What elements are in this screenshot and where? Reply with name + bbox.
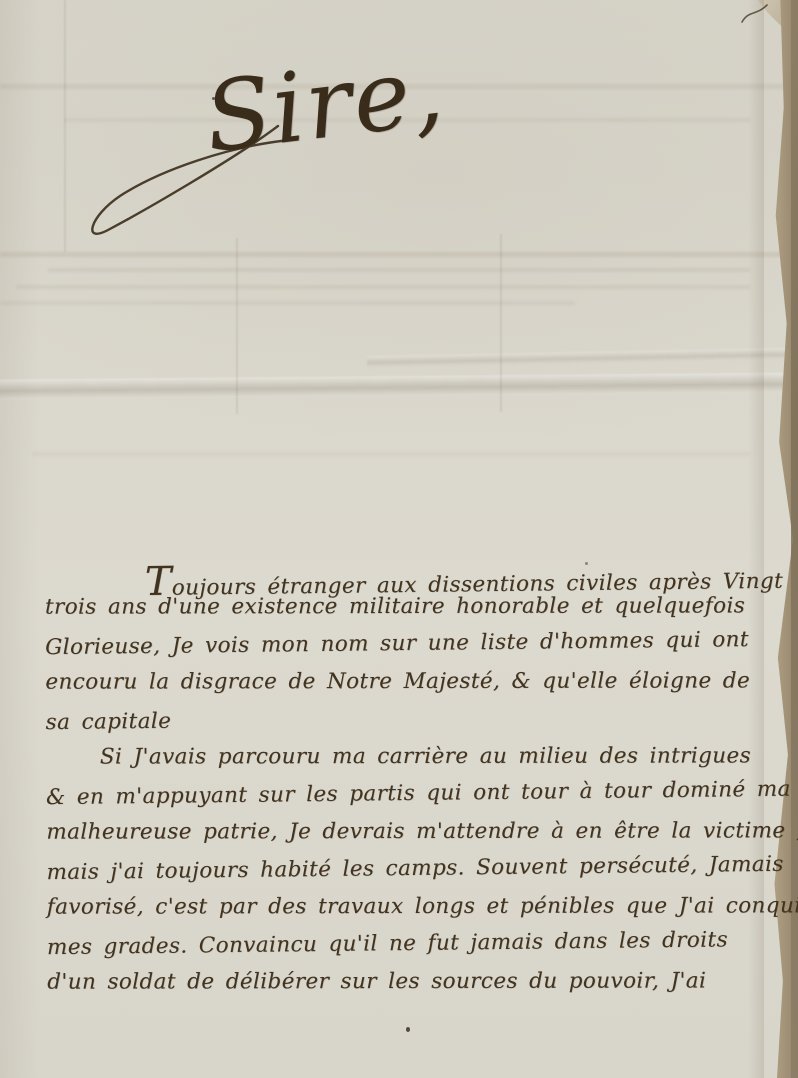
manuscript-line: encouru la disgrace de Notre Majesté, & … [45, 668, 769, 707]
corner-ink-mark [740, 2, 770, 26]
manuscript-line: mes grades. Convaincu qu'il ne fut jamai… [47, 927, 771, 973]
vertical-crease [500, 234, 502, 412]
manuscript-line: favorisé, c'est par des travaux longs et… [47, 893, 771, 932]
salutation: Sire, [199, 34, 451, 174]
manuscript-line: trois ans d'une existence militaire hono… [45, 593, 769, 632]
manuscript-line: mais j'ai toujours habité les camps. Sou… [46, 852, 770, 898]
manuscript-line: Si J'avais parcouru ma carrière au milie… [46, 743, 770, 782]
ink-speck [406, 1027, 410, 1032]
show-through-streak [48, 268, 750, 272]
manuscript-line: malheureuse patrie, Je devrais m'attendr… [46, 818, 770, 857]
show-through-streak [16, 285, 750, 289]
letter-body: Toujours étranger aux dissentions civile… [45, 554, 772, 1008]
show-through-streak [32, 452, 750, 456]
ink-speck [212, 97, 215, 100]
show-through-streak [0, 301, 575, 305]
manuscript-page: Sire, Toujours étranger aux dissentions … [0, 0, 798, 1078]
vertical-crease [236, 238, 238, 414]
manuscript-line: sa capitale [45, 702, 769, 748]
vertical-crease [64, 0, 66, 252]
manuscript-line: & en m'appuyant sur les partis qui ont t… [46, 777, 770, 823]
ink-speck [585, 562, 588, 565]
manuscript-line: Glorieuse, Je vois mon nom sur une liste… [45, 627, 769, 673]
fold-crease-right [367, 348, 798, 367]
manuscript-line: d'un soldat de délibérer sur les sources… [47, 968, 771, 1007]
manuscript-line: Toujours étranger aux dissentions civile… [45, 552, 769, 598]
fold-crease-horizontal [0, 372, 798, 399]
